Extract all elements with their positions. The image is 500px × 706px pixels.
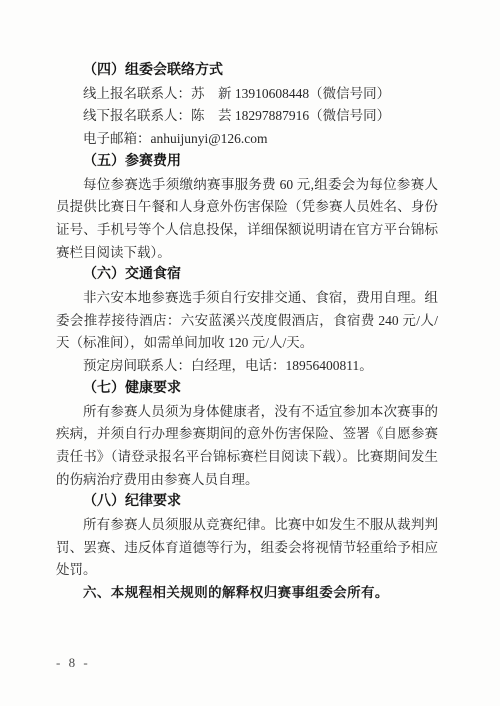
contact-line-email: 电子邮箱：anhuijunyi@126.com xyxy=(56,128,438,151)
document-page: （四）组委会联络方式 线上报名联系人：苏 新 13910608448（微信号同）… xyxy=(0,0,500,706)
document-body: （四）组委会联络方式 线上报名联系人：苏 新 13910608448（微信号同）… xyxy=(56,60,438,605)
section-heading-transport-lodging: （六）交通食宿 xyxy=(56,264,438,287)
paragraph-room-booking: 预定房间联系人：白经理，电话：18956400811。 xyxy=(56,355,438,378)
section-heading-fees: （五）参赛费用 xyxy=(56,151,438,174)
contact-line-offline: 线下报名联系人：陈 芸 18297887916（微信号同） xyxy=(56,105,438,128)
section-heading-discipline: （八）纪律要求 xyxy=(56,491,438,514)
paragraph-transport-lodging: 非六安本地参赛选手须自行安排交通、食宿，费用自理。组委会推荐接待酒店：六安蓝溪兴… xyxy=(56,287,438,355)
paragraph-health: 所有参赛人员须为身体健康者，没有不适宜参加本次赛事的疾病，并须自行办理参赛期间的… xyxy=(56,401,438,492)
section-heading-contact: （四）组委会联络方式 xyxy=(56,60,438,83)
contact-line-online: 线上报名联系人：苏 新 13910608448（微信号同） xyxy=(56,83,438,106)
closing-statement: 六、本规程相关规则的解释权归赛事组委会所有。 xyxy=(56,582,438,605)
paragraph-fees: 每位参赛选手须缴纳赛事服务费 60 元,组委会为每位参赛人员提供比赛日午餐和人身… xyxy=(56,174,438,265)
paragraph-discipline: 所有参赛人员须服从竞赛纪律。比赛中如发生不服从裁判判罚、罢赛、违反体育道德等行为… xyxy=(56,514,438,582)
page-number: - 8 - xyxy=(56,655,90,671)
section-heading-health: （七）健康要求 xyxy=(56,378,438,401)
